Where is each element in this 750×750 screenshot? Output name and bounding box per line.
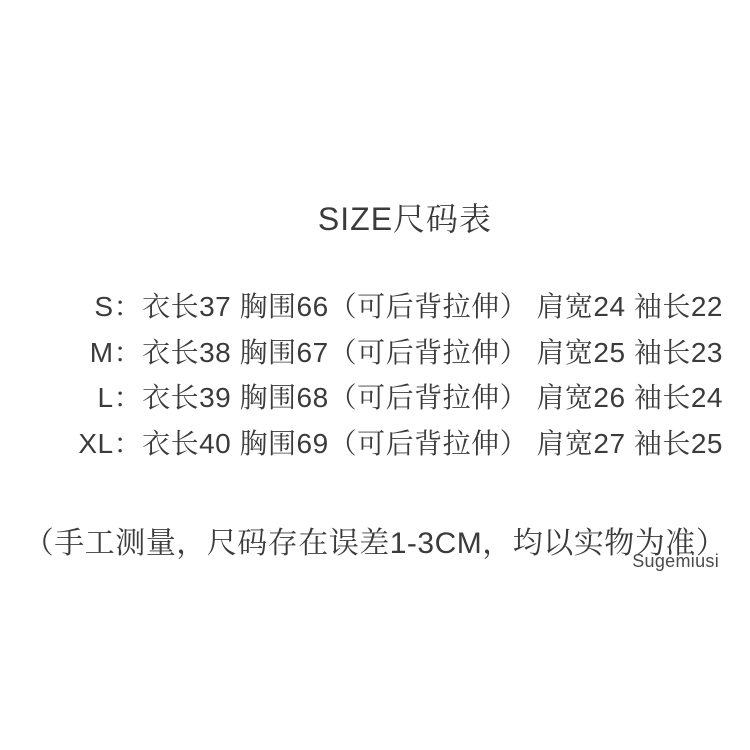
size-row-m: M：衣长38 胸围67（可后背拉伸） 肩宽25 袖长23 xyxy=(78,330,723,376)
size-rows: S：衣长37 胸围66（可后背拉伸） 肩宽24 袖长22 M：衣长38 胸围67… xyxy=(78,284,723,466)
page-title: SIZE尺码表 xyxy=(30,194,750,240)
brand-watermark: Sugemiusi xyxy=(632,551,719,572)
size-row-xl: XL：衣长40 胸围69（可后背拉伸） 肩宽27 袖长25 xyxy=(78,421,723,467)
size-row-s: S：衣长37 胸围66（可后背拉伸） 肩宽24 袖长22 xyxy=(78,284,723,330)
size-chart-image: SIZE尺码表 S：衣长37 胸围66（可后背拉伸） 肩宽24 袖长22 M：衣… xyxy=(0,0,750,750)
size-row-l: L：衣长39 胸围68（可后背拉伸） 肩宽26 袖长24 xyxy=(78,375,723,421)
